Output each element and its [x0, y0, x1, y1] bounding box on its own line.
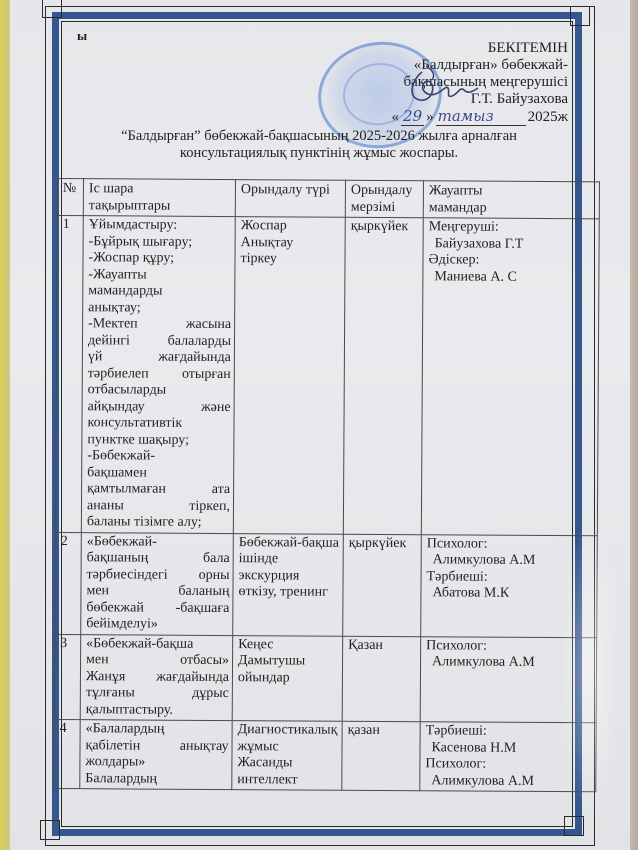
cell-responsible: Психолог:Алимкулова А.М: [420, 636, 597, 723]
cell-term: қыркүйек: [343, 534, 422, 636]
cell-form: ДиагностикалықжұмысЖасандыинтеллект: [232, 721, 342, 791]
stray-mark: ы: [77, 28, 87, 44]
table-header-row: № Іс шара тақырыптары Орындалу түрі Орын…: [57, 179, 599, 219]
cell-num: 2: [55, 532, 82, 634]
cell-form: ЖоспарАнықтаутіркеу: [233, 217, 345, 534]
frame-corner-ornament: [42, 0, 62, 18]
table-row: 2«Бөбекжай-бақшаның балатәрбиесіндегі ор…: [55, 532, 598, 637]
date-open-quote: «: [392, 109, 400, 126]
cell-topic: «Балалардыңқабілетін анықтаужолдары»Бала…: [80, 720, 232, 790]
cell-responsible: Меңгеруші:Байузахова Г.ТӘдіскер:Маниева …: [421, 218, 599, 536]
cell-form: Бөбекжай-бақшаішіндеэкскурцияөткізу, тре…: [233, 533, 344, 636]
cell-term: қыркүйек: [343, 217, 423, 534]
signature-icon: [402, 64, 482, 106]
cell-topic: Ұйымдастыру:-Бұйрық шығару;-Жоспар құру;…: [81, 216, 235, 533]
approval-date: « 29 » тамыз 2025ж: [308, 108, 568, 126]
frame-corner-ornament: [564, 816, 584, 836]
header-responsible: Жауапты мамандар: [423, 181, 599, 219]
header-form: Орындалу түрі: [235, 180, 345, 218]
cell-term: қазан: [342, 721, 420, 790]
date-month: тамыз: [436, 108, 526, 126]
cell-responsible: Тәрбиеші:Касенова Н.МПсихолог:Алимкулова…: [420, 722, 596, 792]
approval-heading: БЕКІТЕМІН: [308, 40, 568, 57]
cell-num: 4: [54, 719, 80, 788]
header-term: Орындалу мерзімі: [345, 180, 423, 217]
table-row: 3«Бөбекжай-бақшамен отбасы»Жанұя жағдайы…: [54, 634, 597, 723]
document-title: “Балдырған” бөбекжай-бақшасының 2025-202…: [100, 128, 538, 162]
cell-form: КеңесДамытушыойындар: [232, 635, 343, 721]
cell-term: Қазан: [342, 636, 421, 722]
cell-num: 1: [55, 216, 83, 533]
table-body: 1Ұйымдастыру:-Бұйрық шығару;-Жоспар құру…: [54, 216, 599, 792]
cell-responsible: Психолог:Алимкулова А.МТәрбиеші:Абатова …: [421, 534, 598, 637]
title-line-1: “Балдырған” бөбекжай-бақшасының 2025-202…: [100, 128, 538, 145]
cell-topic: «Бөбекжай-бақшаның балатәрбиесіндегі орн…: [81, 532, 234, 635]
table-row: 4«Балалардыңқабілетін анықтаужолдары»Бал…: [54, 719, 596, 791]
date-day: 29: [401, 108, 424, 126]
frame-corner-ornament: [570, 6, 590, 26]
cell-num: 3: [54, 634, 81, 720]
work-plan-table: № Іс шара тақырыптары Орындалу түрі Орын…: [53, 178, 600, 792]
header-topic: Іс шара тақырыптары: [83, 179, 235, 217]
frame-corner-ornament: [40, 820, 60, 840]
cell-topic: «Бөбекжай-бақшамен отбасы»Жанұя жағдайын…: [80, 634, 233, 720]
table-row: 1Ұйымдастыру:-Бұйрық шығару;-Жоспар құру…: [55, 216, 599, 536]
title-line-2: консультациялық пунктінің жұмыс жоспары.: [100, 145, 538, 162]
date-year: 2025ж: [528, 109, 568, 126]
date-close-quote: »: [426, 109, 434, 126]
header-num: №: [57, 179, 83, 216]
